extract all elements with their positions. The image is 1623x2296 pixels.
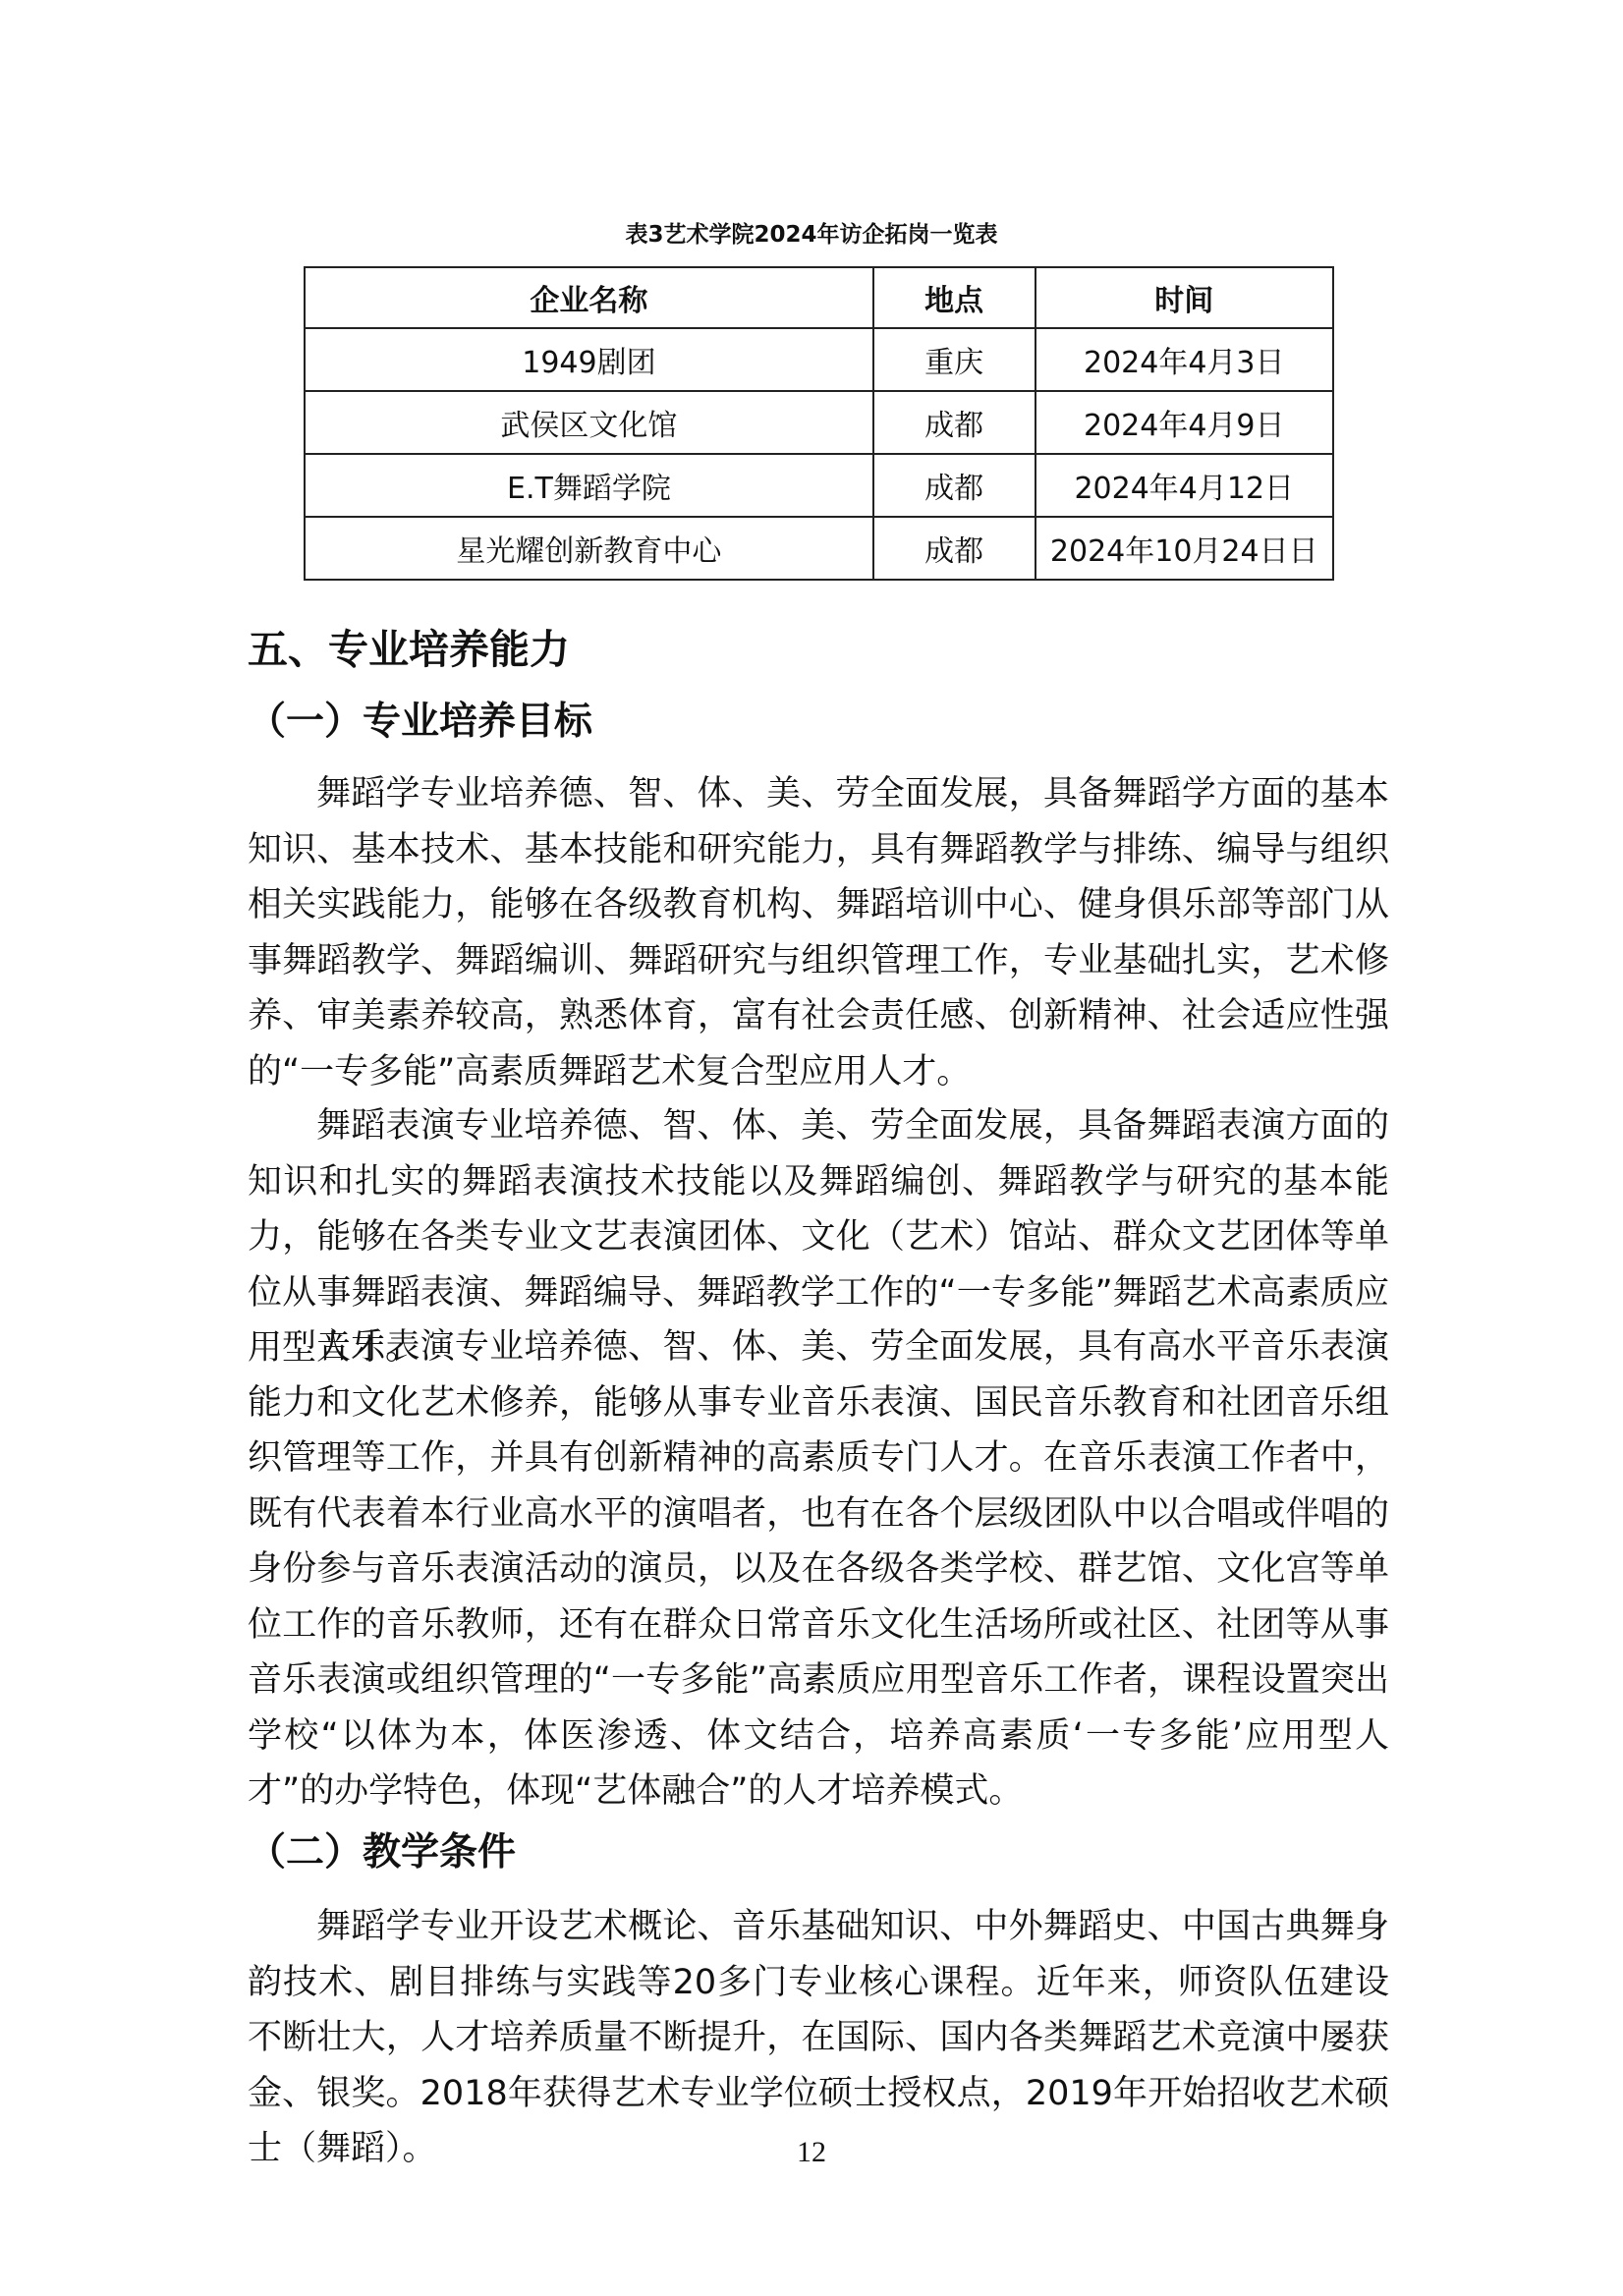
cell-date: 2024年4月9日 xyxy=(1035,391,1333,454)
column-header-company: 企业名称 xyxy=(305,267,873,328)
cell-date: 2024年10月24日日 xyxy=(1035,517,1333,580)
paragraph-music-performance: 音乐表演专业培养德、智、体、美、劳全面发展，具有高水平音乐表演能力和文化艺术修养… xyxy=(248,1319,1389,1820)
table-caption: 表3艺术学院2024年访企拓岗一览表 xyxy=(0,216,1623,249)
table-row: 1949剧团 重庆 2024年4月3日 xyxy=(305,328,1333,391)
table-header-row: 企业名称 地点 时间 xyxy=(305,267,1333,328)
cell-date: 2024年4月12日 xyxy=(1035,454,1333,517)
column-header-location: 地点 xyxy=(873,267,1035,328)
subsection-heading-goals: （一）专业培养目标 xyxy=(248,691,592,746)
table-row: 星光耀创新教育中心 成都 2024年10月24日日 xyxy=(305,517,1333,580)
cell-company: E.T舞蹈学院 xyxy=(305,454,873,517)
table-row: 武侯区文化馆 成都 2024年4月9日 xyxy=(305,391,1333,454)
cell-location: 成都 xyxy=(873,517,1035,580)
page-number: 12 xyxy=(0,2136,1623,2169)
subsection-heading-teaching-conditions: （二）教学条件 xyxy=(248,1821,516,1876)
table-row: E.T舞蹈学院 成都 2024年4月12日 xyxy=(305,454,1333,517)
cell-company: 1949剧团 xyxy=(305,328,873,391)
cell-location: 成都 xyxy=(873,454,1035,517)
cell-location: 成都 xyxy=(873,391,1035,454)
cell-company: 星光耀创新教育中心 xyxy=(305,517,873,580)
column-header-date: 时间 xyxy=(1035,267,1333,328)
cell-company: 武侯区文化馆 xyxy=(305,391,873,454)
paragraph-dance-studies: 舞蹈学专业培养德、智、体、美、劳全面发展，具备舞蹈学方面的基本知识、基本技术、基… xyxy=(248,766,1389,1099)
cell-location: 重庆 xyxy=(873,328,1035,391)
company-visits-table: 企业名称 地点 时间 1949剧团 重庆 2024年4月3日 武侯区文化馆 成都… xyxy=(304,266,1334,581)
section-heading: 五、专业培养能力 xyxy=(248,617,570,675)
cell-date: 2024年4月3日 xyxy=(1035,328,1333,391)
